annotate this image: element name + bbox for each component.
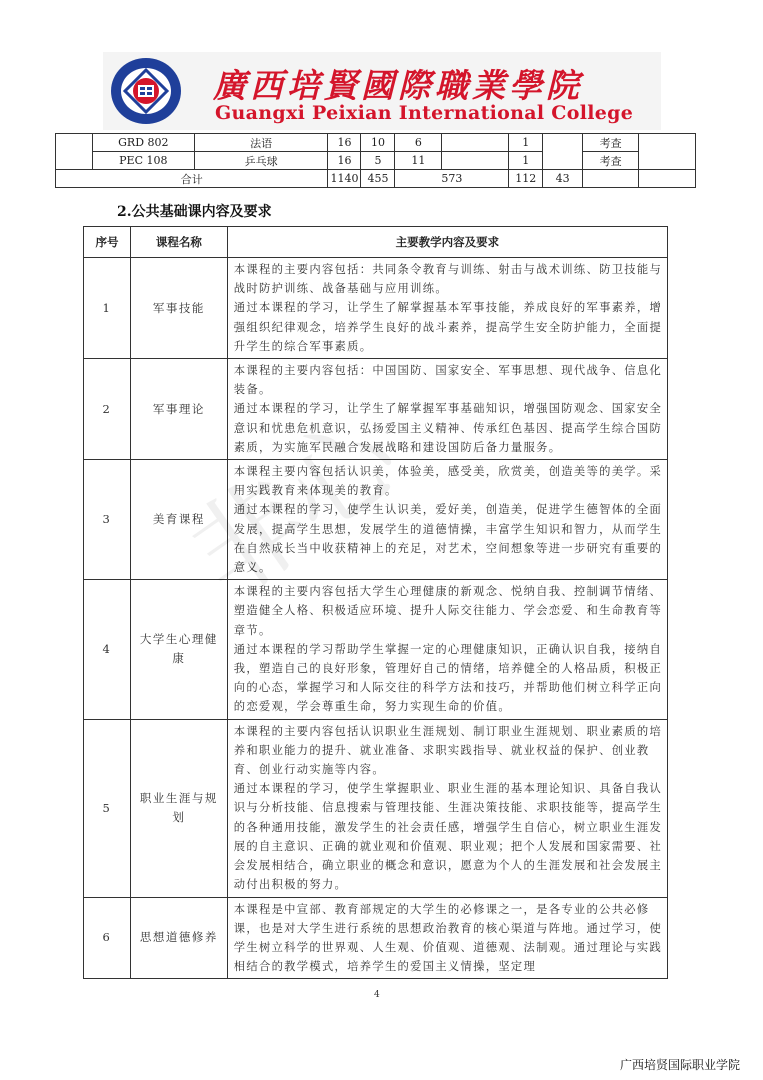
table-row: 6 思想道德修养 本课程是中宣部、教育部规定的大学生的必修课之一，是各专业的公共… (84, 897, 668, 979)
content-paragraph: 通过本课程的学习，让学生了解掌握军事基础知识，增强国防观念、国家安全意识和忧患危… (234, 399, 663, 457)
content-paragraph: 本课程的主要内容包括：共同条令教育与训练、射击与战术训练、防卫技能与战时防护训练… (234, 260, 663, 298)
course-name: 军事技能 (130, 258, 227, 359)
row-index: 1 (84, 258, 131, 359)
theory-hours: 5 (361, 152, 395, 170)
empty-cell (639, 170, 696, 188)
content-paragraph: 通过本课程的学习帮助学生掌握一定的心理健康知识，正确认识自我，接纳自我，塑造自己… (234, 640, 663, 717)
table-row: GRD 802 法语 16 10 6 1 考查 (56, 134, 696, 152)
course-content: 本课程的主要内容包括：中国国防、国家安全、军事思想、现代战争、信息化装备。 通过… (227, 359, 667, 460)
row-index: 2 (84, 359, 131, 460)
empty-cell (543, 134, 583, 170)
total-practice: 573 (395, 170, 509, 188)
total-col8: 43 (543, 170, 583, 188)
row-index: 4 (84, 580, 131, 719)
assessment-type: 考查 (583, 152, 639, 170)
category-cell (56, 134, 93, 170)
content-paragraph: 本课程的主要内容包括大学生心理健康的新观念、悦纳自我、控制调节情绪、塑造健全人格… (234, 582, 663, 640)
table-row: 4 大学生心理健康 本课程的主要内容包括大学生心理健康的新观念、悦纳自我、控制调… (84, 580, 668, 719)
course-name: 法语 (194, 134, 328, 152)
course-name: 军事理论 (130, 359, 227, 460)
course-name: 思想道德修养 (130, 897, 227, 979)
total-credits: 112 (509, 170, 543, 188)
empty-cell (442, 152, 509, 170)
total-hours: 16 (328, 152, 361, 170)
course-name: 职业生涯与规划 (130, 719, 227, 897)
header-course: 课程名称 (130, 227, 227, 258)
content-paragraph: 本课程的主要内容包括认识职业生涯规划、制订职业生涯规划、职业素质的培养和职业能力… (234, 722, 663, 780)
theory-hours: 10 (361, 134, 395, 152)
course-content: 本课程主要内容包括认识美，体验美，感受美，欣赏美，创造美等的美学。采用实践教育来… (227, 460, 667, 580)
page-number: 4 (374, 990, 380, 1000)
table-row: 1 军事技能 本课程的主要内容包括：共同条令教育与训练、射击与战术训练、防卫技能… (84, 258, 668, 359)
course-name: 美育课程 (130, 460, 227, 580)
course-name: 大学生心理健康 (130, 580, 227, 719)
brand-name-english: Guangxi Peixian International College (215, 102, 633, 124)
content-paragraph: 通过本课程的学习，使学生掌握职业、职业生涯的基本理论知识、具备自我认识与分析技能… (234, 779, 663, 894)
section-heading: 2.公共基础课内容及要求 (117, 201, 272, 221)
practice-hours: 6 (395, 134, 442, 152)
credits: 1 (509, 152, 543, 170)
empty-cell (639, 134, 696, 170)
course-content: 本课程的主要内容包括大学生心理健康的新观念、悦纳自我、控制调节情绪、塑造健全人格… (227, 580, 667, 719)
table-row: 3 美育课程 本课程主要内容包括认识美，体验美，感受美，欣赏美，创造美等的美学。… (84, 460, 668, 580)
table-row: PEC 108 乒乓球 16 5 11 1 考查 (56, 152, 696, 170)
course-schedule-table-continued: GRD 802 法语 16 10 6 1 考查 PEC 108 乒乓球 16 5… (55, 133, 696, 188)
course-name: 乒乓球 (194, 152, 328, 170)
row-index: 3 (84, 460, 131, 580)
row-index: 6 (84, 897, 131, 979)
total-row: 合计 1140 455 573 112 43 (56, 170, 696, 188)
total-theory: 455 (361, 170, 395, 188)
header-index: 序号 (84, 227, 131, 258)
empty-cell (442, 134, 509, 152)
course-code: GRD 802 (92, 134, 194, 152)
course-code: PEC 108 (92, 152, 194, 170)
total-hours: 1140 (328, 170, 361, 188)
table-row: 2 军事理论 本课程的主要内容包括：中国国防、国家安全、军事思想、现代战争、信息… (84, 359, 668, 460)
table-header-row: 序号 课程名称 主要教学内容及要求 (84, 227, 668, 258)
total-label: 合计 (56, 170, 328, 188)
table-row: 5 职业生涯与规划 本课程的主要内容包括认识职业生涯规划、制订职业生涯规划、职业… (84, 719, 668, 897)
practice-hours: 11 (395, 152, 442, 170)
course-content: 本课程的主要内容包括：共同条令教育与训练、射击与战术训练、防卫技能与战时防护训练… (227, 258, 667, 359)
content-paragraph: 本课程主要内容包括认识美，体验美，感受美，欣赏美，创造美等的美学。采用实践教育来… (234, 462, 663, 500)
total-hours: 16 (328, 134, 361, 152)
footer-college-name: 广西培贤国际职业学院 (620, 1056, 740, 1073)
content-paragraph: 通过本课程的学习，使学生认识美，爱好美，创造美，促进学生德智体的全面发展，提高学… (234, 500, 663, 577)
empty-cell (583, 170, 639, 188)
letterhead: 廣西培賢國際職業學院 Guangxi Peixian International… (103, 52, 661, 130)
content-paragraph: 本课程是中宣部、教育部规定的大学生的必修课之一，是各专业的公共必修课，也是对大学… (234, 900, 663, 977)
assessment-type: 考查 (583, 134, 639, 152)
course-content: 本课程是中宣部、教育部规定的大学生的必修课之一，是各专业的公共必修课，也是对大学… (227, 897, 667, 979)
public-course-content-table: 序号 课程名称 主要教学内容及要求 1 军事技能 本课程的主要内容包括：共同条令… (83, 226, 668, 979)
credits: 1 (509, 134, 543, 152)
brand-name-chinese: 廣西培賢國際職業學院 (213, 60, 583, 107)
row-index: 5 (84, 719, 131, 897)
course-content: 本课程的主要内容包括认识职业生涯规划、制订职业生涯规划、职业素质的培养和职业能力… (227, 719, 667, 897)
header-content: 主要教学内容及要求 (227, 227, 667, 258)
content-paragraph: 本课程的主要内容包括：中国国防、国家安全、军事思想、现代战争、信息化装备。 (234, 361, 663, 399)
college-logo-icon (109, 55, 183, 127)
content-paragraph: 通过本课程的学习，让学生了解掌握基本军事技能，养成良好的军事素养，增强组织纪律观… (234, 298, 663, 356)
